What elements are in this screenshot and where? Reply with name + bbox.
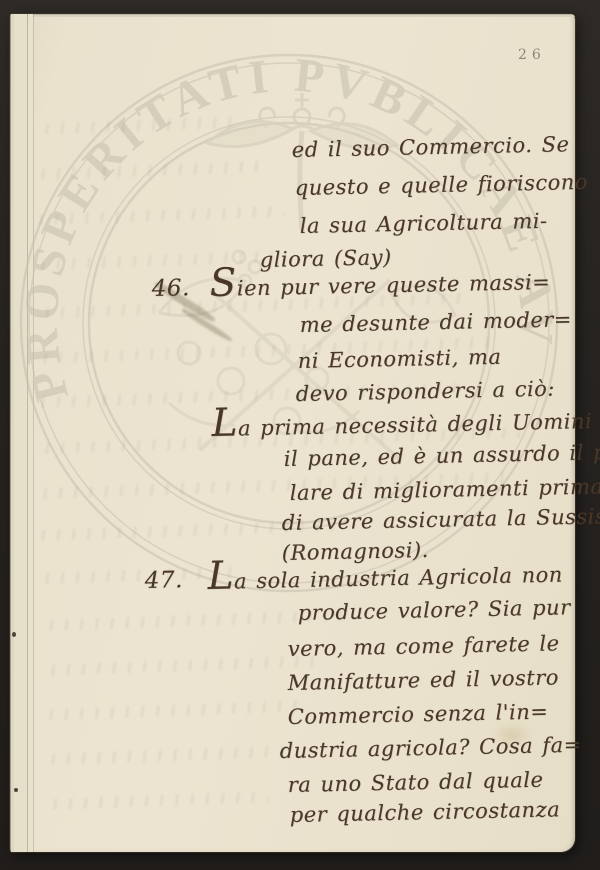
item-number-47: 47. [144,567,183,594]
page-number: 26 [518,47,546,63]
manuscript-line: ni Economisti, ma [297,345,501,373]
item-number-46: 46. [151,275,190,302]
manuscript-photo: PROSPERITATI PVBLICAE AV [0,0,600,870]
binding-edge [10,14,36,852]
page-top-edge [10,14,575,18]
edge-speck [14,788,18,792]
edge-speck [12,632,16,637]
